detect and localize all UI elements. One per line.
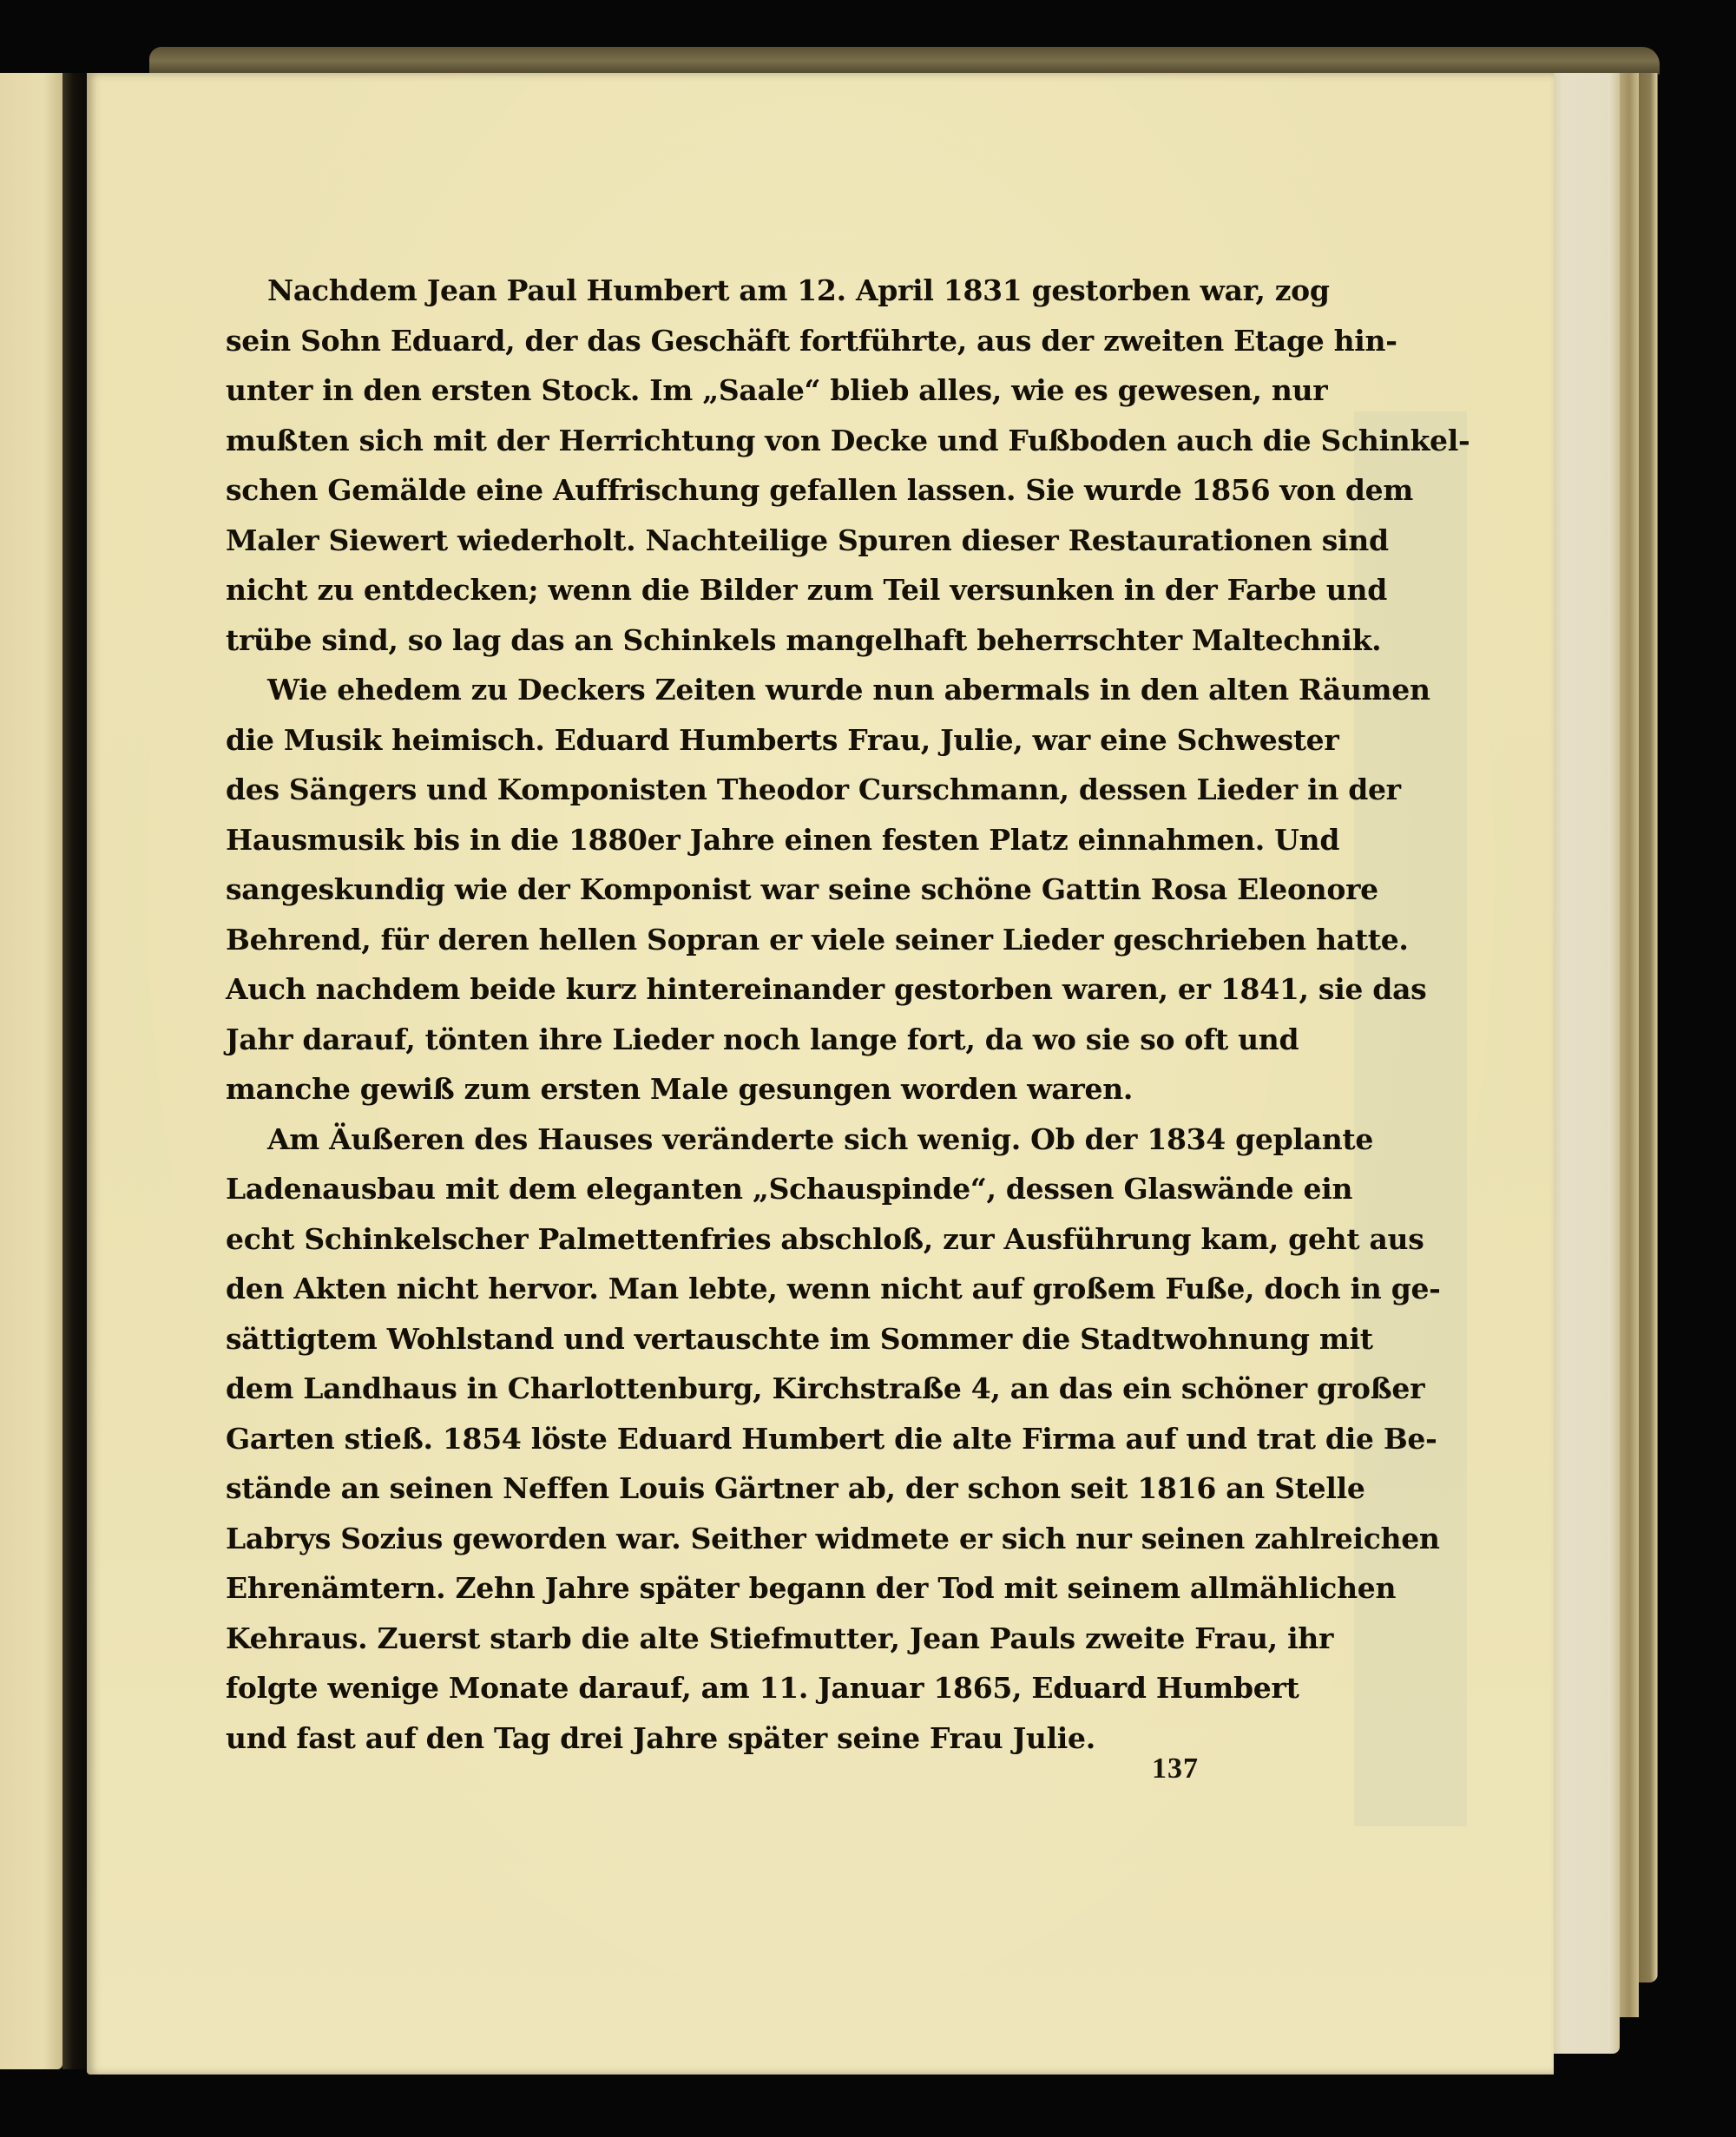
text-line: den Akten nicht hervor. Man lebte, wenn …	[226, 1264, 1293, 1314]
text-line: Garten stieß. 1854 löste Eduard Humbert …	[226, 1414, 1293, 1464]
page-number: 137	[1152, 1752, 1199, 1785]
paragraph-3: Am Äußeren des Hauses veränderte sich we…	[226, 1115, 1293, 1764]
text-line: Labrys Sozius geworden war. Seither widm…	[226, 1514, 1293, 1564]
text-line: unter in den ersten Stock. Im „Saale“ bl…	[226, 365, 1293, 416]
text-line: Maler Siewert wiederholt. Nachteilige Sp…	[226, 516, 1293, 566]
text-line: trübe sind, so lag das an Schinkels mang…	[226, 615, 1293, 666]
gutter-shadow	[62, 73, 87, 2069]
text-line: Jahr darauf, tönten ihre Lieder noch lan…	[226, 1015, 1293, 1065]
text-line: und fast auf den Tag drei Jahre später s…	[226, 1713, 1293, 1764]
text-line: Am Äußeren des Hauses veränderte sich we…	[226, 1115, 1293, 1165]
facing-page-edge	[0, 73, 62, 2069]
paragraph-1: Nachdem Jean Paul Humbert am 12. April 1…	[226, 266, 1293, 665]
text-line: Ehrenämtern. Zehn Jahre später begann de…	[226, 1563, 1293, 1614]
body-text: Nachdem Jean Paul Humbert am 12. April 1…	[226, 266, 1293, 1763]
text-line: Hausmusik bis in die 1880er Jahre einen …	[226, 815, 1293, 865]
next-page-edge	[1552, 73, 1620, 2054]
text-line: mußten sich mit der Herrichtung von Deck…	[226, 416, 1293, 466]
text-line: Wie ehedem zu Deckers Zeiten wurde nun a…	[226, 665, 1293, 715]
paragraph-2: Wie ehedem zu Deckers Zeiten wurde nun a…	[226, 665, 1293, 1115]
text-line: die Musik heimisch. Eduard Humberts Frau…	[226, 715, 1293, 766]
book-cover-edge	[149, 47, 1660, 75]
text-line: sein Sohn Eduard, der das Geschäft fortf…	[226, 316, 1293, 366]
text-line: Nachdem Jean Paul Humbert am 12. April 1…	[226, 266, 1293, 316]
text-line: Behrend, für deren hellen Sopran er viel…	[226, 915, 1293, 965]
text-line: nicht zu entdecken; wenn die Bilder zum …	[226, 565, 1293, 615]
text-line: folgte wenige Monate darauf, am 11. Janu…	[226, 1663, 1293, 1713]
text-line: manche gewiß zum ersten Male gesungen wo…	[226, 1064, 1293, 1115]
text-line: schen Gemälde eine Auffrischung gefallen…	[226, 465, 1293, 516]
text-line: dem Landhaus in Charlottenburg, Kirchstr…	[226, 1364, 1293, 1414]
text-line: sangeskundig wie der Komponist war seine…	[226, 865, 1293, 915]
text-line: sättigtem Wohlstand und vertauschte im S…	[226, 1314, 1293, 1364]
text-line: Auch nachdem beide kurz hintereinander g…	[226, 964, 1293, 1015]
cover-board-right-edge	[1639, 73, 1658, 1982]
text-line: echt Schinkelscher Palmettenfries abschl…	[226, 1214, 1293, 1265]
text-line: Kehraus. Zuerst starb die alte Stiefmutt…	[226, 1614, 1293, 1664]
page-stack-edge	[1620, 73, 1639, 2017]
text-line: Ladenausbau mit dem eleganten „Schauspin…	[226, 1164, 1293, 1214]
text-line: stände an seinen Neffen Louis Gärtner ab…	[226, 1463, 1293, 1514]
text-line: des Sängers und Komponisten Theodor Curs…	[226, 765, 1293, 815]
book-page: Nachdem Jean Paul Humbert am 12. April 1…	[87, 73, 1554, 2075]
